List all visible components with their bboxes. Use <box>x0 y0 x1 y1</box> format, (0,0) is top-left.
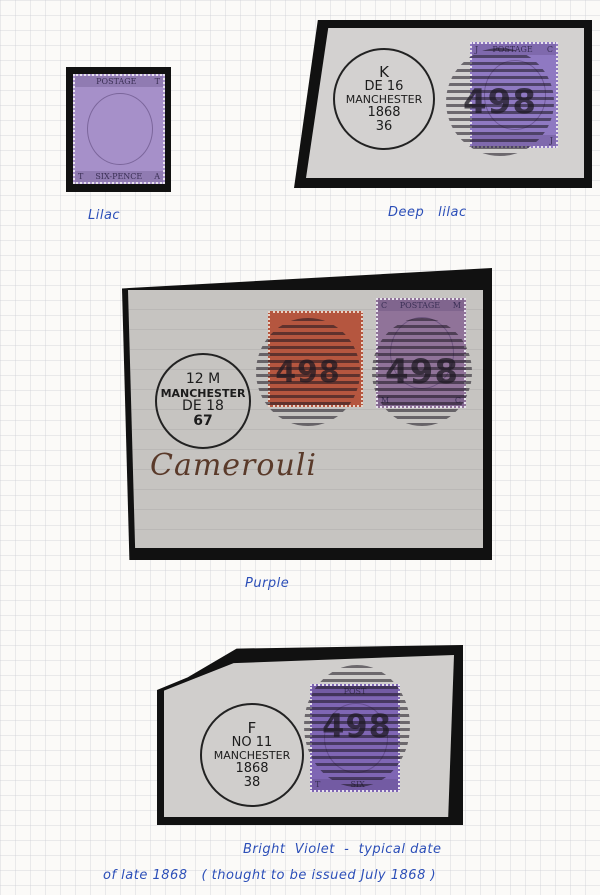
stamp-corner-tl: C <box>381 301 387 310</box>
stamp-corner-tr: M <box>453 301 461 310</box>
postmark-line: NO 11 <box>232 736 273 750</box>
numeral-cancel-498-penny: 498 <box>256 318 360 426</box>
stamp-corner-br: J <box>550 136 553 145</box>
stamp-top-text: POSTAGE <box>96 77 136 86</box>
stamp-corner-bl: T <box>315 780 320 789</box>
postmark-line: 36 <box>376 120 393 134</box>
shade-label-purple: Purple <box>245 576 289 591</box>
shade-label-bright-violet-note: of late 1868 ( thought to be issued July… <box>103 868 436 883</box>
queen-portrait <box>87 93 152 165</box>
numeral-cancel-text: 498 <box>322 707 392 745</box>
postmark-line: DE 16 <box>365 80 404 94</box>
postmark-line: 67 <box>193 414 212 429</box>
postmark-manchester-1868-f: F NO 11 MANCHESTER 1868 38 <box>200 703 304 807</box>
numeral-cancel-text: 498 <box>275 355 341 390</box>
stamp-corner-br: A <box>154 172 160 181</box>
shade-label-bright-violet: Bright Violet - typical date <box>243 842 441 857</box>
postmark-line: 1868 <box>367 106 400 120</box>
numeral-cancel-498: 498 <box>446 48 554 156</box>
postmark-line: 38 <box>244 776 261 790</box>
postmark-manchester-1867-12m: 12 M MANCHESTER DE 18 67 <box>155 353 251 449</box>
stamp-corner-tr: C <box>547 45 553 54</box>
shade-label-lilac: Lilac <box>88 208 120 223</box>
stamp-top-text: POSTAGE <box>400 301 440 310</box>
numeral-cancel-text: 498 <box>385 352 459 392</box>
postmark-line: F <box>248 720 257 736</box>
stamp-bottom-text: SIX-PENCE <box>95 172 142 181</box>
postmark-line: 12 M <box>186 372 220 387</box>
numeral-cancel-498: 498 <box>372 318 472 426</box>
postmark-line: DE 18 <box>182 399 224 414</box>
stamp-lilac: POSTAGET TSIX-PENCEA <box>73 74 165 184</box>
postmark-manchester-1868-k: K DE 16 MANCHESTER 1868 36 <box>333 48 435 150</box>
numeral-cancel-text: 498 <box>463 82 537 122</box>
postmark-line: K <box>379 64 389 80</box>
shade-label-deep-lilac: Deep lilac <box>388 205 467 220</box>
numeral-cancel-498: 498 <box>304 665 410 787</box>
postmark-line: 1868 <box>235 762 268 776</box>
manuscript-address: Camerouli <box>150 448 317 483</box>
stamp-corner-bl: T <box>78 172 83 181</box>
stamp-corner-tr: T <box>155 77 160 86</box>
